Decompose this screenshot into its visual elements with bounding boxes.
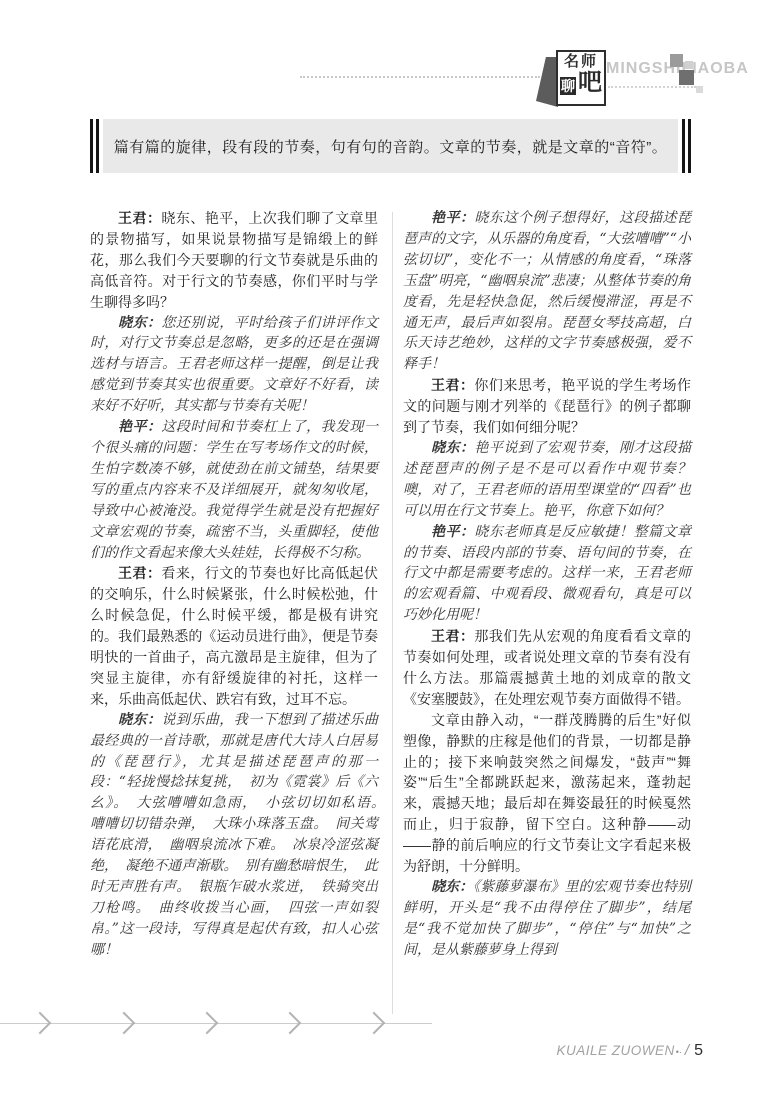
dialogue-text: 晓东这个例子想得好，这段描述琵琶声的文字，从乐器的角度看，“大弦嘈嘈”“小弦切切… xyxy=(403,210,691,372)
speaker-name: 艳平： xyxy=(118,419,161,435)
speaker-name: 王君： xyxy=(118,565,161,581)
magazine-page: 名师 聊 吧 MINGSHILIAOBA 篇有篇的旋律，段有段的节奏，句有句的音… xyxy=(0,0,780,1104)
column-logo: 名师 聊 吧 xyxy=(556,50,606,106)
speaker-name: 王君： xyxy=(431,377,474,393)
chevron-right-icon xyxy=(363,1012,386,1035)
dialogue-paragraph: 王君：晓东、艳平，上次我们聊了文章里的景物描写，如果说景物描写是锦缎上的鲜花，那… xyxy=(90,208,378,313)
speaker-name: 晓东： xyxy=(431,879,473,895)
double-bar-left xyxy=(90,119,99,173)
dialogue-paragraph: 晓东：《紫藤萝瀑布》里的宏观节奏也特别鲜明，开头是“我不由得停住了脚步”，结尾是… xyxy=(403,877,691,961)
pixel-square-icon xyxy=(670,54,683,67)
speaker-name: 艳平： xyxy=(431,210,474,226)
speaker-name: 艳平： xyxy=(431,524,474,540)
dialogue-paragraph: 艳平：这段时间和节奏杠上了，我发现一个很头痛的问题：学生在写考场作文的时候，生怕… xyxy=(90,417,378,563)
chevron-right-icon xyxy=(29,1012,52,1035)
speaker-name: 王君： xyxy=(431,628,474,644)
footer-slash: / xyxy=(685,1042,689,1059)
header-dotted-rule xyxy=(300,76,540,78)
pixel-squares-decoration xyxy=(664,52,709,100)
brand-dots-decoration: •· xyxy=(676,1047,682,1057)
magazine-brand: KUAILE ZUOWEN xyxy=(557,1043,675,1058)
column-left: 王君：晓东、艳平，上次我们聊了文章里的景物描写，如果说景物描写是锦缎上的鲜花，那… xyxy=(90,208,378,961)
dialogue-paragraph: 晓东：说到乐曲，我一下想到了描述乐曲最经典的一首诗歌，那就是唐代大诗人白居易的《… xyxy=(90,710,378,961)
speaker-name: 王君： xyxy=(118,210,161,226)
dialogue-paragraph: 王君：那我们先从宏观的角度看看文章的节奏如何处理，或者说处理文章的节奏有没有什么… xyxy=(403,626,691,710)
dialogue-paragraph: 晓东：艳平说到了宏观节奏，刚才这段描述琵琶声的例子是不是可以看作中观节奏？噢，对… xyxy=(403,438,691,522)
epigraph-box: 篇有篇的旋律，段有段的节奏，句有句的音韵。文章的节奏，就是文章的“音符”。 xyxy=(90,119,691,173)
dialogue-paragraph: 王君：你们来思考，艳平说的学生考场作文的问题与刚才列举的《琵琶行》的例子都聊到了… xyxy=(403,375,691,438)
logo-text-liao: 聊 xyxy=(560,77,576,95)
dialogue-paragraph: 艳平：晓东老师真是反应敏捷！整篇文章的节奏、语段内部的节奏、语句间的节奏，在行文… xyxy=(403,522,691,627)
pixel-square-icon xyxy=(685,61,693,69)
logo-ribbon-shape xyxy=(536,57,558,107)
epigraph-text: 篇有篇的旋律，段有段的节奏，句有句的音韵。文章的节奏，就是文章的“音符”。 xyxy=(103,119,678,173)
speaker-name: 晓东： xyxy=(118,315,161,331)
logo-text-ba: 吧 xyxy=(578,71,602,95)
column-right: 艳平：晓东这个例子想得好，这段描述琵琶声的文字，从乐器的角度看，“大弦嘈嘈”“小… xyxy=(403,208,691,961)
footer-arrow-strip xyxy=(0,1008,440,1040)
dialogue-text: 看来，行文的节奏也好比高低起伏的交响乐，什么时候紧张，什么时候松弛，什么时候急促… xyxy=(90,565,378,706)
double-bar-right xyxy=(682,119,691,173)
chevron-right-icon xyxy=(279,1012,302,1035)
page-number: 5 xyxy=(694,1042,703,1060)
pixel-square-icon xyxy=(696,86,703,93)
dialogue-paragraph: 文章由静入动，“一群茂腾腾的后生”好似塑像，静默的庄稼是他们的背景，一切都是静止… xyxy=(403,710,691,877)
dialogue-paragraph: 晓东：您还别说，平时给孩子们讲评作文时，对行文节奏总是忽略，更多的还是在强调选材… xyxy=(90,313,378,418)
chevron-right-icon xyxy=(113,1012,136,1035)
speaker-name: 晓东： xyxy=(431,440,474,456)
chevron-right-icon xyxy=(196,1012,219,1035)
column-divider xyxy=(392,212,393,1014)
dialogue-text: 这段时间和节奏杠上了，我发现一个很头痛的问题：学生在写考场作文的时候，生怕字数凑… xyxy=(90,419,378,560)
dialogue-text: 文章由静入动，“一群茂腾腾的后生”好似塑像，静默的庄稼是他们的背景，一切都是静止… xyxy=(403,712,691,874)
dialogue-text: 说到乐曲，我一下想到了描述乐曲最经典的一首诗歌，那就是唐代大诗人白居易的《琵琶行… xyxy=(90,712,392,958)
page-footer: KUAILE ZUOWEN •· / 5 xyxy=(557,1042,704,1060)
dialogue-paragraph: 艳平：晓东这个例子想得好，这段描述琵琶声的文字，从乐器的角度看，“大弦嘈嘈”“小… xyxy=(403,208,691,375)
speaker-name: 晓东： xyxy=(118,712,161,728)
pixel-square-icon xyxy=(679,70,694,85)
dialogue-paragraph: 王君：看来，行文的节奏也好比高低起伏的交响乐，什么时候紧张，什么时候松弛，什么时… xyxy=(90,563,378,709)
